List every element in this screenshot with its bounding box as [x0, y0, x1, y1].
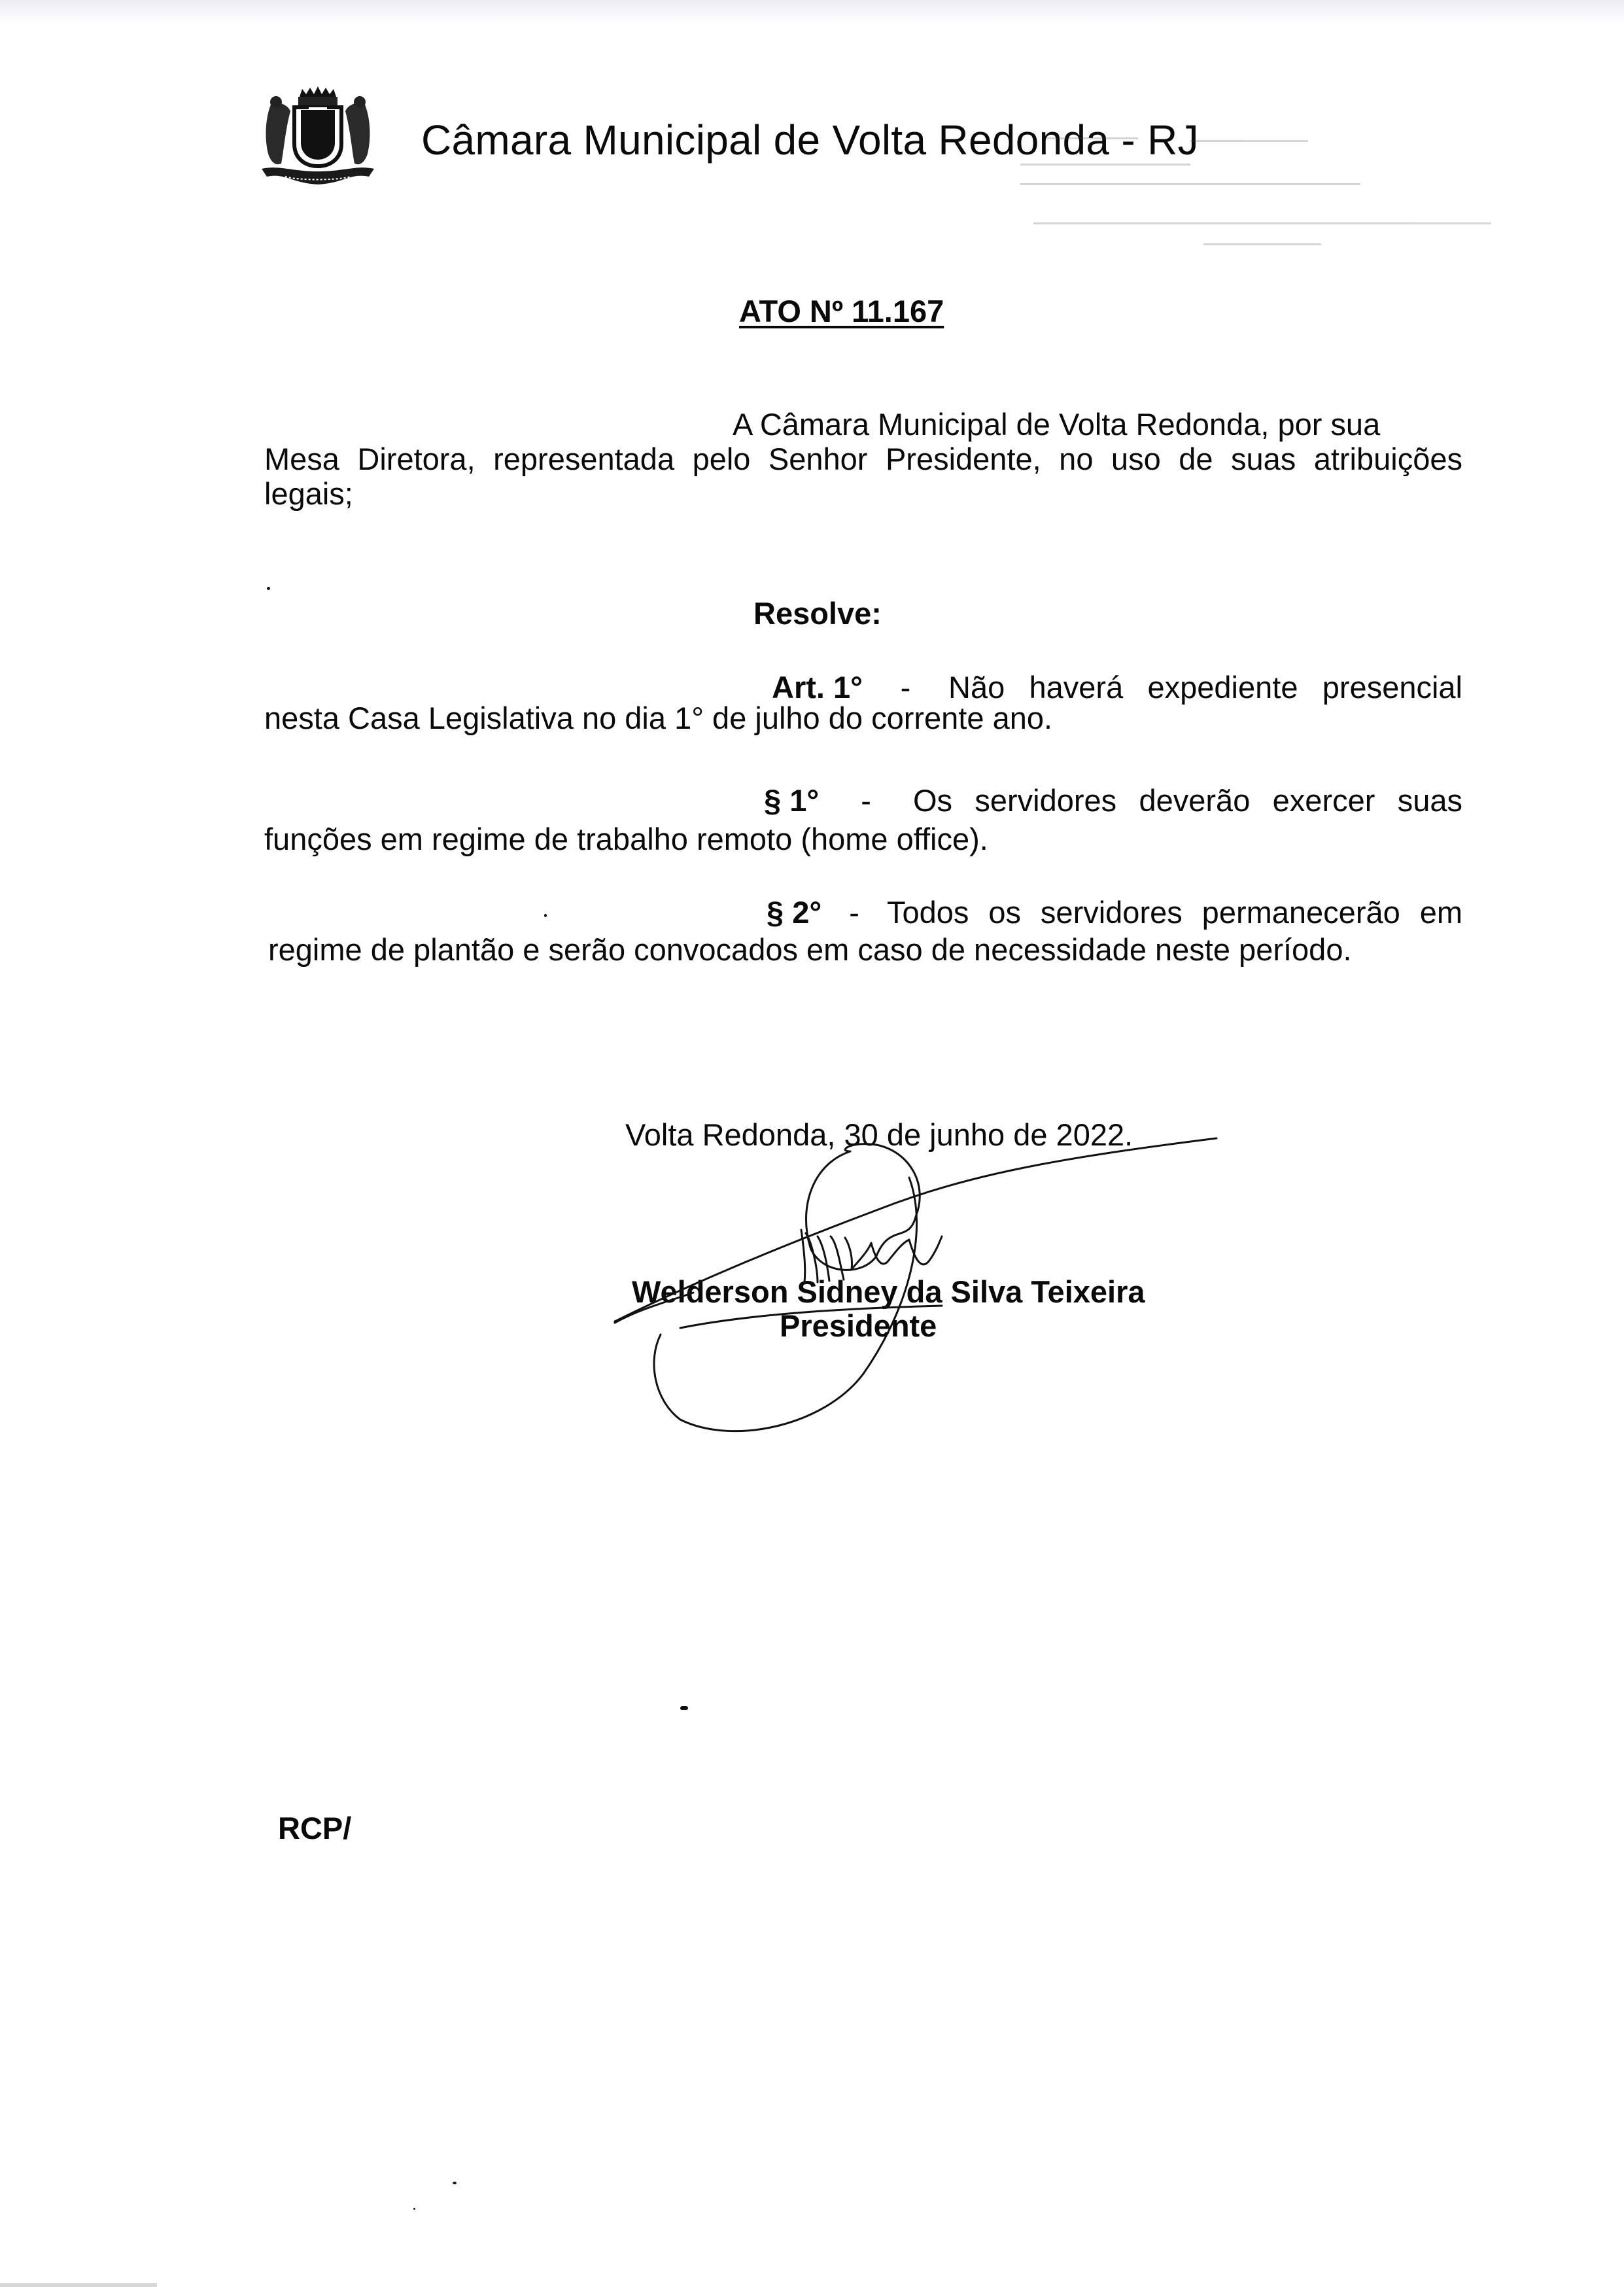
paragraph-2-line-2: regime de plantão e serão convocados em … — [268, 932, 1352, 968]
resolve-heading: Resolve: — [753, 595, 882, 632]
preamble-line-2: Mesa Diretora, representada pelo Senhor … — [264, 441, 1462, 478]
stray-mark — [453, 2182, 457, 2184]
stray-mark — [680, 1706, 688, 1710]
stray-mark — [413, 2208, 415, 2210]
paragraph-1-separator: - — [861, 782, 871, 819]
paragraph-2-line-1: § 2° - Todos os servidores permanecerão … — [767, 894, 1462, 931]
signer-role: Presidente — [780, 1308, 937, 1344]
paragraph-2-label: § 2° — [767, 894, 821, 931]
preamble-line-3: legais; — [264, 476, 353, 512]
typist-initials: RCP/ — [278, 1810, 351, 1847]
paragraph-1-text: Os servidores deverão exercer suas — [913, 782, 1462, 819]
place-date: Volta Redonda, 30 de junho de 2022. — [625, 1117, 1133, 1153]
paragraph-2-text: Todos os servidores permanecerão em — [887, 894, 1462, 931]
preamble-line-1: A Câmara Municipal de Volta Redonda, por… — [733, 406, 1380, 443]
scan-edge-bottom — [0, 2283, 157, 2287]
scan-edge-top — [0, 0, 1624, 24]
paragraph-1-label: § 1° — [764, 782, 819, 819]
signer-name: Welderson Sidney da Silva Teixeira — [632, 1274, 1145, 1310]
stray-mark — [267, 587, 270, 590]
paragraph-1-line-2: funções em regime de trabalho remoto (ho… — [264, 821, 988, 858]
faint-stamp-showthrough — [1007, 124, 1517, 275]
paragraph-2-separator: - — [849, 894, 859, 931]
article-1-line-2: nesta Casa Legislativa no dia 1° de julh… — [264, 700, 1052, 737]
paragraph-1-line-1: § 1° - Os servidores deverão exercer sua… — [764, 782, 1462, 819]
coat-of-arms-icon — [259, 85, 377, 187]
stray-mark — [544, 914, 547, 917]
act-title: ATO Nº 11.167 — [739, 293, 944, 330]
